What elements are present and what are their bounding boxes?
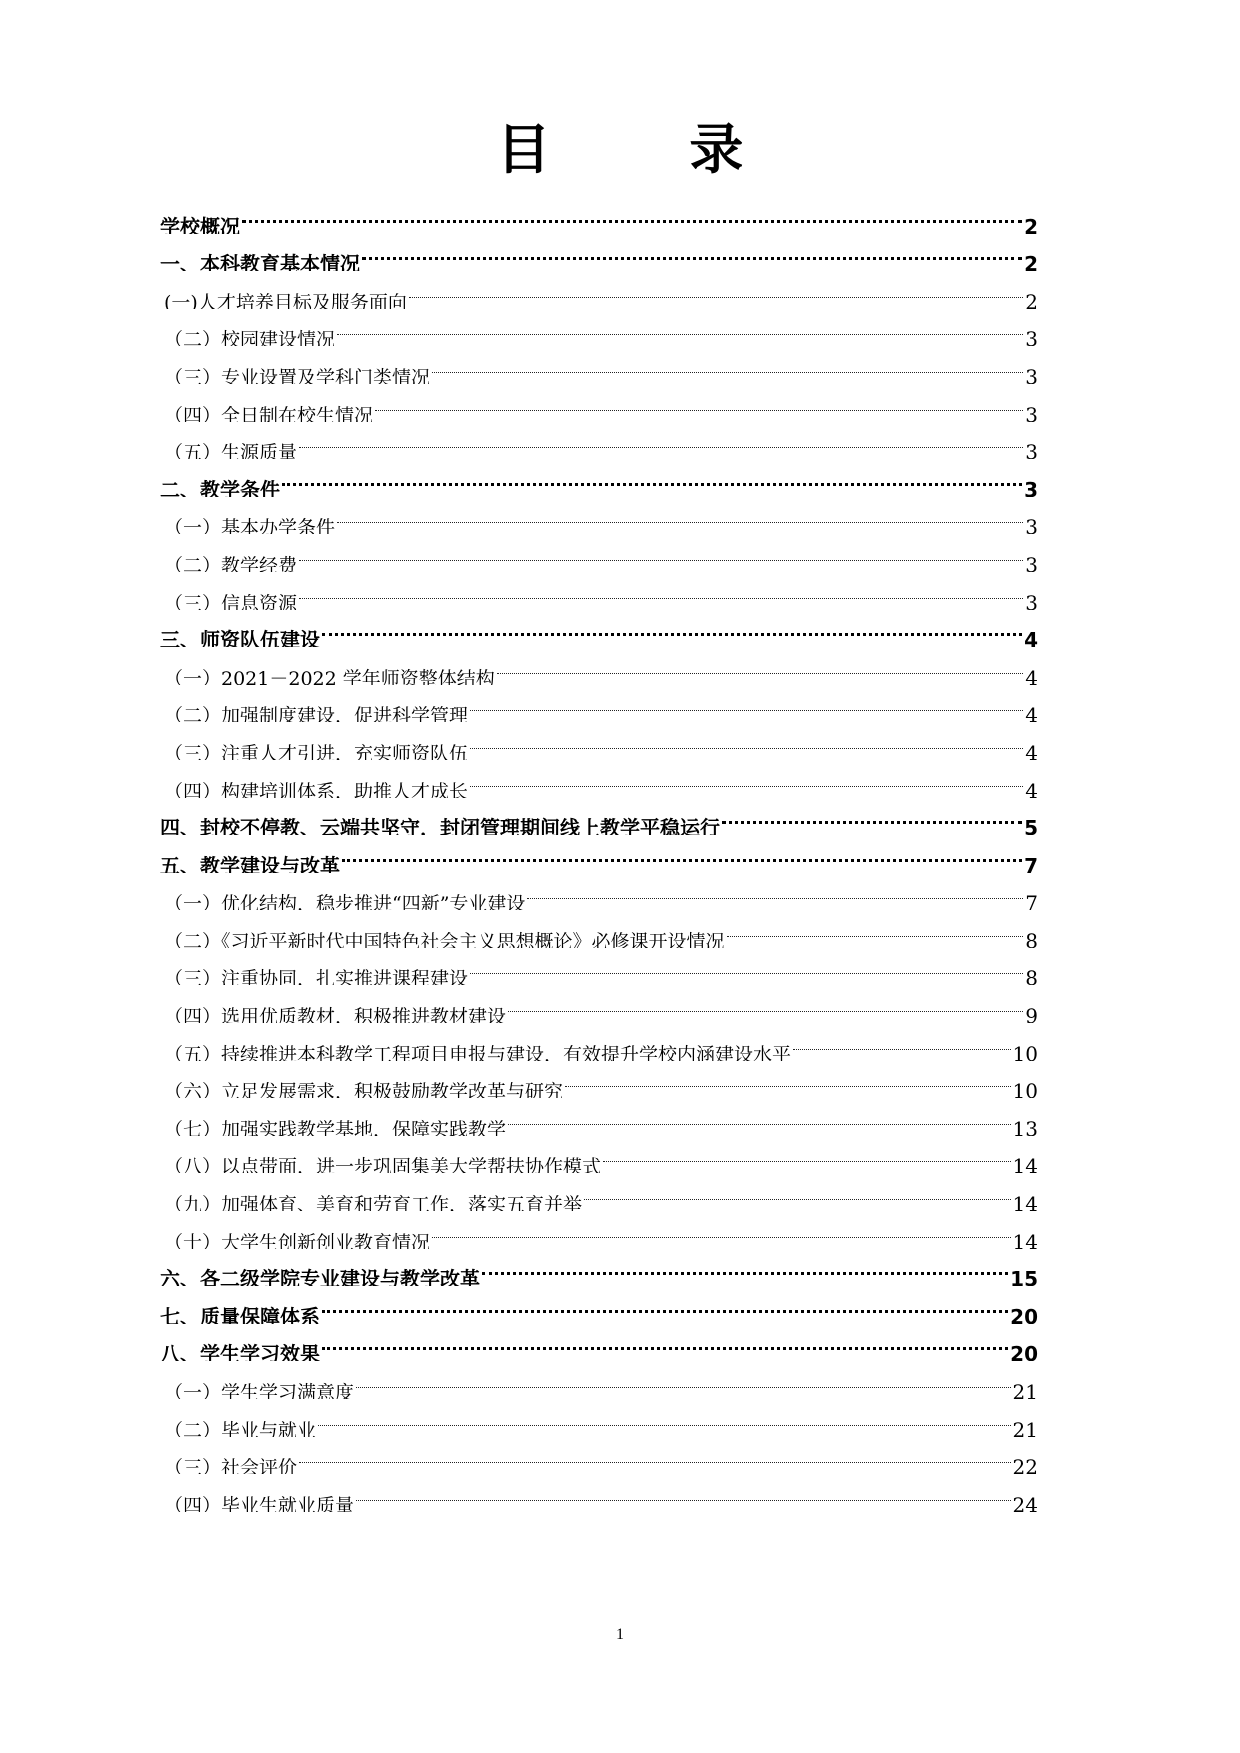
- toc-subsection-entry[interactable]: （三）专业设置及学科门类情况3: [160, 346, 1038, 384]
- toc-subsection-entry[interactable]: （一）2021－2022 学年师资整体结构4: [160, 647, 1038, 685]
- dot-leader: [356, 1361, 1011, 1399]
- dot-leader: [337, 497, 1023, 535]
- toc-entry-page-number: 7: [1024, 848, 1038, 873]
- toc-entry-page-number: 2: [1024, 209, 1038, 234]
- toc-entry-label: （六）立足发展需求，积极鼓励教学改革与研究: [164, 1074, 563, 1098]
- toc-entry-label: （一）学生学习满意度: [164, 1375, 354, 1399]
- toc-subsection-entry[interactable]: （二）校园建设情况3: [160, 309, 1038, 347]
- page-number: 1: [0, 1626, 1240, 1644]
- dot-leader: [470, 722, 1023, 760]
- toc-entry-page-number: 3: [1025, 359, 1038, 384]
- toc-entry-label: 三、师资队伍建设: [160, 622, 320, 647]
- dot-leader: [409, 271, 1023, 309]
- toc-entry-page-number: 22: [1013, 1449, 1038, 1474]
- toc-entry-page-number: 14: [1013, 1186, 1038, 1211]
- dot-leader: [322, 610, 1022, 648]
- toc-entry-label: 学校概况: [160, 209, 240, 234]
- dot-leader: [470, 760, 1023, 798]
- toc-entry-page-number: 24: [1013, 1487, 1038, 1512]
- toc-section-entry[interactable]: 一、本科教育基本情况2: [160, 234, 1038, 272]
- table-of-contents: 学校概况2一、本科教育基本情况2(一)人才培养目标及服务面向2（二）校园建设情况…: [160, 196, 1038, 1512]
- toc-entry-page-number: 3: [1025, 321, 1038, 346]
- toc-entry-label: （二）校园建设情况: [164, 322, 335, 346]
- toc-entry-page-number: 4: [1025, 735, 1038, 760]
- toc-section-entry[interactable]: 五、教学建设与改革7: [160, 835, 1038, 873]
- dot-leader: [299, 534, 1023, 572]
- toc-entry-label: (一)人才培养目标及服务面向: [164, 285, 407, 309]
- toc-entry-label: （一）2021－2022 学年师资整体结构: [164, 661, 495, 685]
- dot-leader: [727, 910, 1024, 948]
- toc-entry-label: 八、学生学习效果: [160, 1336, 320, 1361]
- toc-entry-page-number: 10: [1013, 1036, 1038, 1061]
- toc-entry-page-number: 13: [1013, 1111, 1038, 1136]
- dot-leader: [242, 196, 1022, 234]
- dot-leader: [603, 1136, 1011, 1174]
- toc-entry-label: 二、教学条件: [160, 472, 280, 497]
- toc-entry-page-number: 14: [1013, 1148, 1038, 1173]
- dot-leader: [793, 1023, 1011, 1061]
- toc-entry-page-number: 9: [1025, 998, 1038, 1023]
- toc-entry-page-number: 21: [1013, 1412, 1038, 1437]
- toc-section-entry[interactable]: 学校概况2: [160, 196, 1038, 234]
- toc-entry-label: 四、封校不停教、云端共坚守，封闭管理期间线上教学平稳运行: [160, 810, 720, 835]
- toc-entry-label: （四）毕业生就业质量: [164, 1488, 354, 1512]
- dot-leader: [527, 873, 1023, 911]
- toc-entry-page-number: 3: [1025, 547, 1038, 572]
- toc-entry-label: （三）信息资源: [164, 586, 297, 610]
- dot-leader: [508, 1098, 1011, 1136]
- dot-leader: [508, 985, 1023, 1023]
- dot-leader: [322, 1286, 1008, 1324]
- toc-subsection-entry[interactable]: （八）以点带面，进一步巩固集美大学帮扶协作模式14: [160, 1136, 1038, 1174]
- dot-leader: [497, 647, 1024, 685]
- toc-entry-label: （三）社会评价: [164, 1450, 297, 1474]
- toc-subsection-entry[interactable]: （一）基本办学条件3: [160, 497, 1038, 535]
- toc-subsection-entry[interactable]: （四）全日制在校生情况3: [160, 384, 1038, 422]
- toc-subsection-entry[interactable]: （二）毕业与就业21: [160, 1399, 1038, 1437]
- toc-subsection-entry[interactable]: （五）生源质量3: [160, 422, 1038, 460]
- toc-entry-page-number: 2: [1024, 246, 1038, 271]
- toc-subsection-entry[interactable]: （二）加强制度建设，促进科学管理4: [160, 685, 1038, 723]
- toc-entry-label: （九）加强体育、美育和劳育工作，落实五育并举: [164, 1187, 582, 1211]
- toc-entry-label: （二）《习近平新时代中国特色社会主义思想概论》必修课开设情况: [164, 924, 725, 948]
- dot-leader: [362, 234, 1022, 272]
- toc-entry-page-number: 10: [1013, 1073, 1038, 1098]
- toc-entry-page-number: 8: [1025, 960, 1038, 985]
- toc-section-entry[interactable]: 八、学生学习效果20: [160, 1324, 1038, 1362]
- dot-leader: [356, 1474, 1011, 1512]
- toc-subsection-entry[interactable]: （三）注重协同，扎实推进课程建设8: [160, 948, 1038, 986]
- toc-subsection-entry[interactable]: （五）持续推进本科教学工程项目申报与建设，有效提升学校内涵建设水平10: [160, 1023, 1038, 1061]
- toc-entry-page-number: 14: [1013, 1224, 1038, 1249]
- toc-entry-label: （五）持续推进本科教学工程项目申报与建设，有效提升学校内涵建设水平: [164, 1037, 791, 1061]
- toc-entry-page-number: 5: [1024, 810, 1038, 835]
- dot-leader: [565, 1061, 1011, 1099]
- toc-entry-page-number: 3: [1025, 397, 1038, 422]
- dot-leader: [432, 346, 1023, 384]
- toc-subsection-entry[interactable]: （二）教学经费3: [160, 534, 1038, 572]
- toc-entry-label: （四）构建培训体系，助推人才成长: [164, 774, 468, 798]
- toc-subsection-entry[interactable]: （三）信息资源3: [160, 572, 1038, 610]
- toc-entry-label: （二）教学经费: [164, 548, 297, 572]
- toc-entry-page-number: 7: [1025, 885, 1038, 910]
- toc-subsection-entry[interactable]: （三）注重人才引进，充实师资队伍4: [160, 722, 1038, 760]
- dot-leader: [282, 459, 1022, 497]
- dot-leader: [432, 1211, 1011, 1249]
- toc-entry-page-number: 4: [1025, 697, 1038, 722]
- dot-leader: [342, 835, 1022, 873]
- toc-section-entry[interactable]: 四、封校不停教、云端共坚守，封闭管理期间线上教学平稳运行5: [160, 798, 1038, 836]
- toc-subsection-entry[interactable]: （一）学生学习满意度21: [160, 1361, 1038, 1399]
- toc-entry-page-number: 3: [1025, 434, 1038, 459]
- toc-subsection-entry[interactable]: （四）毕业生就业质量24: [160, 1474, 1038, 1512]
- toc-section-entry[interactable]: 三、师资队伍建设4: [160, 610, 1038, 648]
- toc-section-entry[interactable]: 七、质量保障体系20: [160, 1286, 1038, 1324]
- dot-leader: [470, 685, 1023, 723]
- toc-entry-label: 七、质量保障体系: [160, 1299, 320, 1324]
- toc-entry-page-number: 3: [1025, 509, 1038, 534]
- toc-entry-label: （一）优化结构，稳步推进“四新”专业建设: [164, 886, 525, 910]
- toc-entry-label: （七）加强实践教学基地，保障实践教学: [164, 1112, 506, 1136]
- toc-entry-label: （三）专业设置及学科门类情况: [164, 360, 430, 384]
- toc-entry-page-number: 4: [1025, 773, 1038, 798]
- toc-entry-page-number: 15: [1010, 1261, 1038, 1286]
- toc-subsection-entry[interactable]: （六）立足发展需求，积极鼓励教学改革与研究10: [160, 1061, 1038, 1099]
- toc-entry-page-number: 21: [1013, 1374, 1038, 1399]
- toc-subsection-entry[interactable]: （七）加强实践教学基地，保障实践教学13: [160, 1098, 1038, 1136]
- toc-subsection-entry[interactable]: （九）加强体育、美育和劳育工作，落实五育并举14: [160, 1173, 1038, 1211]
- dot-leader: [375, 384, 1023, 422]
- dot-leader: [470, 948, 1023, 986]
- toc-entry-label: （二）毕业与就业: [164, 1413, 316, 1437]
- dot-leader: [722, 798, 1022, 836]
- toc-entry-label: 五、教学建设与改革: [160, 848, 340, 873]
- toc-subsection-entry[interactable]: （三）社会评价22: [160, 1437, 1038, 1475]
- toc-subsection-entry[interactable]: (一)人才培养目标及服务面向2: [160, 271, 1038, 309]
- toc-entry-label: （三）注重人才引进，充实师资队伍: [164, 736, 468, 760]
- toc-section-entry[interactable]: 六、各二级学院专业建设与教学改革15: [160, 1249, 1038, 1287]
- page-title: 目 录: [0, 118, 1240, 182]
- toc-entry-label: （三）注重协同，扎实推进课程建设: [164, 961, 468, 985]
- toc-entry-page-number: 3: [1025, 585, 1038, 610]
- toc-entry-label: （一）基本办学条件: [164, 510, 335, 534]
- dot-leader: [584, 1173, 1011, 1211]
- toc-entry-page-number: 3: [1024, 472, 1038, 497]
- toc-entry-label: （八）以点带面，进一步巩固集美大学帮扶协作模式: [164, 1149, 601, 1173]
- toc-entry-label: （十）大学生创新创业教育情况: [164, 1225, 430, 1249]
- dot-leader: [322, 1324, 1008, 1362]
- dot-leader: [482, 1249, 1008, 1287]
- toc-subsection-entry[interactable]: （四）构建培训体系，助推人才成长4: [160, 760, 1038, 798]
- dot-leader: [299, 1437, 1011, 1475]
- toc-entry-label: （五）生源质量: [164, 435, 297, 459]
- toc-entry-page-number: 2: [1025, 284, 1038, 309]
- toc-entry-label: （二）加强制度建设，促进科学管理: [164, 698, 468, 722]
- dot-leader: [299, 422, 1023, 460]
- toc-subsection-entry[interactable]: （二）《习近平新时代中国特色社会主义思想概论》必修课开设情况8: [160, 910, 1038, 948]
- toc-subsection-entry[interactable]: （十）大学生创新创业教育情况14: [160, 1211, 1038, 1249]
- toc-section-entry[interactable]: 二、教学条件3: [160, 459, 1038, 497]
- toc-entry-page-number: 20: [1010, 1336, 1038, 1361]
- toc-entry-label: 一、本科教育基本情况: [160, 246, 360, 271]
- toc-entry-label: （四）选用优质教材，积极推进教材建设: [164, 999, 506, 1023]
- toc-subsection-entry[interactable]: （四）选用优质教材，积极推进教材建设9: [160, 985, 1038, 1023]
- toc-entry-label: （四）全日制在校生情况: [164, 398, 373, 422]
- toc-entry-page-number: 4: [1024, 622, 1038, 647]
- dot-leader: [318, 1399, 1011, 1437]
- toc-subsection-entry[interactable]: （一）优化结构，稳步推进“四新”专业建设7: [160, 873, 1038, 911]
- toc-entry-page-number: 4: [1025, 660, 1038, 685]
- dot-leader: [337, 309, 1023, 347]
- dot-leader: [299, 572, 1023, 610]
- toc-entry-page-number: 20: [1010, 1299, 1038, 1324]
- toc-entry-page-number: 8: [1025, 923, 1038, 948]
- toc-entry-label: 六、各二级学院专业建设与教学改革: [160, 1261, 480, 1286]
